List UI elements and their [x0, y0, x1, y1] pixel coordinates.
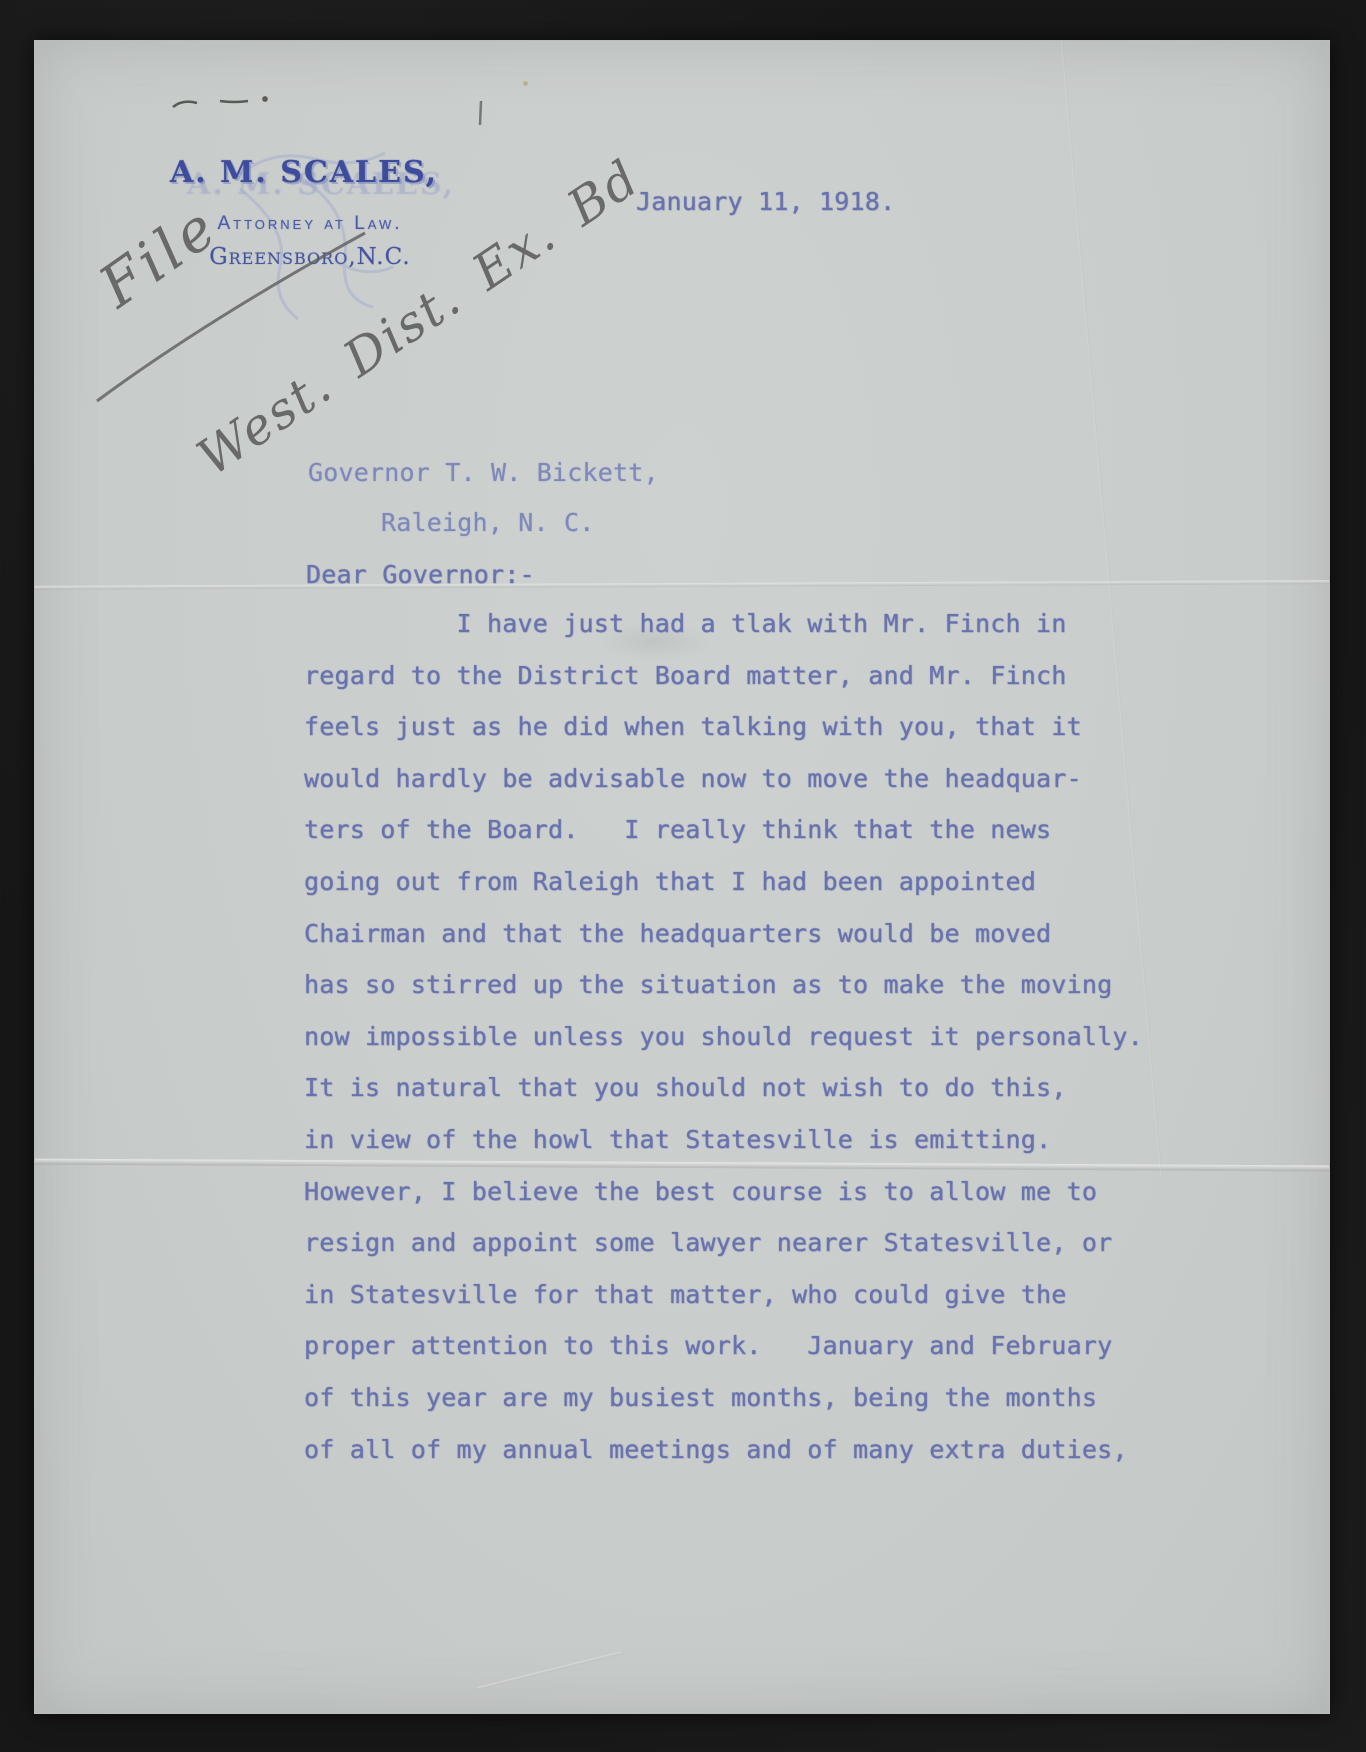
pencil-annotation-file: File [87, 192, 231, 321]
body-line: proper attention to this work. January a… [304, 1320, 1204, 1372]
crease-bottom-left [477, 1651, 623, 1690]
scratch-tick [473, 99, 489, 129]
body-line: going out from Raleigh that I had been a… [304, 856, 1204, 908]
body-line: feels just as he did when talking with y… [304, 701, 1204, 753]
letter-date: January 11, 1918. [636, 187, 895, 216]
body-line: would hardly be advisable now to move th… [304, 753, 1204, 805]
fold-crease-upper [35, 580, 1329, 590]
body-line: of this year are my busiest months, bein… [304, 1372, 1204, 1424]
letterhead-name: A. M. SCALES, [134, 155, 474, 190]
body-line: It is natural that you should not wish t… [304, 1062, 1204, 1114]
letter-body: I have just had a tlak with Mr. Finch in… [304, 598, 1204, 1475]
body-line: has so stirred up the situation as to ma… [304, 959, 1204, 1011]
scan-background: A. M. SCALES, A. M. SCALES, Attorney at … [0, 0, 1366, 1752]
body-line: However, I believe the best course is to… [304, 1166, 1204, 1218]
body-line: now impossible unless you should request… [304, 1011, 1204, 1063]
body-line: in Statesville for that matter, who coul… [304, 1269, 1204, 1321]
letterhead-title: Attorney at Law. [185, 213, 435, 235]
body-line: of all of my annual meetings and of many… [304, 1424, 1204, 1476]
body-line: Chairman and that the headquarters would… [304, 908, 1204, 960]
recipient-city: Raleigh, N. C. [381, 508, 595, 537]
recipient-name: Governor T. W. Bickett, [308, 458, 659, 487]
salutation: Dear Governor:- [306, 560, 535, 589]
body-line: resign and appoint some lawyer nearer St… [304, 1217, 1204, 1269]
body-line: I have just had a tlak with Mr. Finch in [304, 598, 1204, 650]
body-line: regard to the District Board matter, and… [304, 650, 1204, 702]
paper-speck [523, 81, 528, 86]
letter-paper: A. M. SCALES, A. M. SCALES, Attorney at … [34, 40, 1330, 1714]
body-line: ters of the Board. I really think that t… [304, 804, 1204, 856]
scratch-mark [165, 85, 365, 125]
body-line: in view of the howl that Statesville is … [304, 1114, 1204, 1166]
